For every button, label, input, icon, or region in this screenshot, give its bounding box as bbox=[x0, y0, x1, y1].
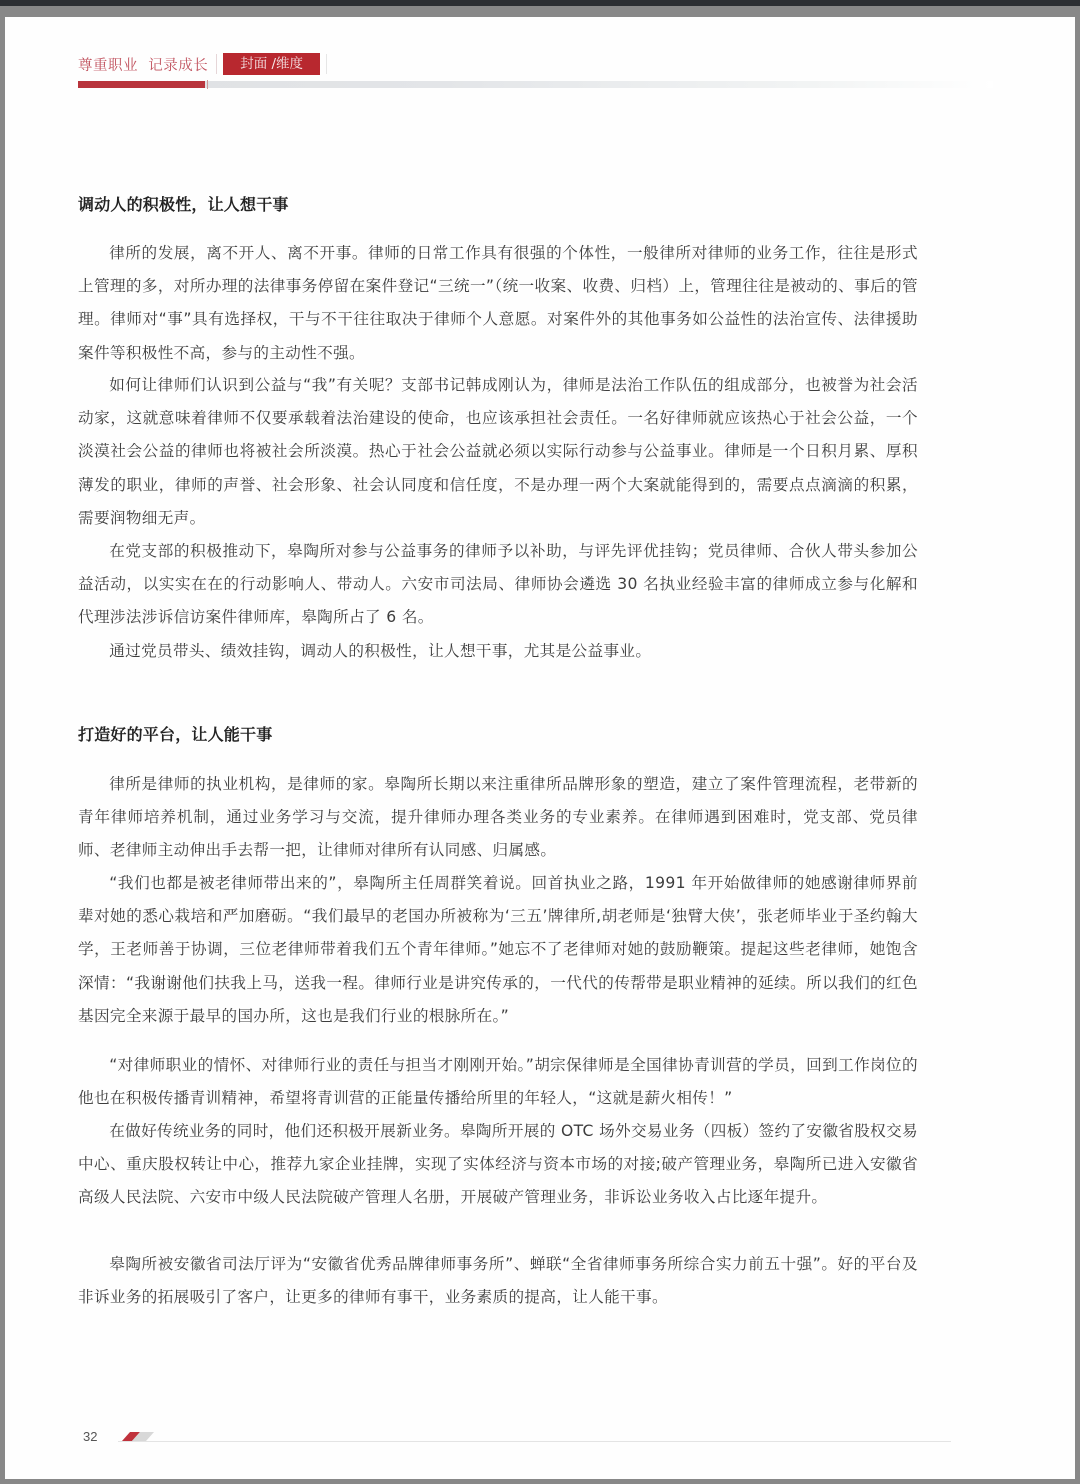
paragraph: 在做好传统业务的同时，他们还积极开展新业务。皋陶所开展的 OTC 场外交易业务（… bbox=[78, 1115, 918, 1215]
paragraph: 律所是律师的执业机构，是律师的家。皋陶所长期以来注重律所品牌形象的塑造，建立了案… bbox=[78, 768, 918, 868]
paragraph: 在党支部的积极推动下，皋陶所对参与公益事务的律师予以补助，与评先评优挂钩；党员律… bbox=[78, 535, 918, 635]
section-tag: 封面 /维度 bbox=[223, 53, 320, 75]
page-number: 32 bbox=[83, 1429, 97, 1444]
paragraph: 皋陶所被安徽省司法厅评为“安徽省优秀品牌律师事务所”、蝉联“全省律师事务所综合实… bbox=[78, 1248, 918, 1314]
paragraph: 如何让律师们认识到公益与“我”有关呢？支部书记韩成刚认为，律师是法治工作队伍的组… bbox=[78, 369, 918, 535]
paragraph: “我们也都是被老律师带出来的”，皋陶所主任周群笑着说。回首执业之路，1991 年… bbox=[78, 867, 918, 1033]
header-slogan: 尊重职业 记录成长 bbox=[78, 54, 208, 75]
footer-stripe-icon bbox=[118, 1432, 154, 1441]
paragraph: “对律师职业的情怀、对律师行业的责任与担当才刚刚开始。”胡宗保律师是全国律协青训… bbox=[78, 1049, 918, 1115]
header-rule-accent bbox=[78, 81, 205, 88]
page-header: 尊重职业 记录成长 封面 /维度 bbox=[78, 53, 327, 75]
header-divider bbox=[216, 54, 217, 74]
footer-rule bbox=[118, 1441, 951, 1442]
section-heading: 调动人的积极性，让人想干事 bbox=[78, 192, 289, 215]
paragraph: 律所的发展，离不开人、离不开事。律师的日常工作具有很强的个体性，一般律所对律师的… bbox=[78, 237, 918, 370]
section-heading: 打造好的平台，让人能干事 bbox=[78, 722, 272, 745]
header-divider bbox=[326, 54, 327, 74]
viewer-top-bar bbox=[0, 0, 1080, 6]
header-rule bbox=[78, 81, 993, 88]
paragraph: 通过党员带头、绩效挂钩，调动人的积极性，让人想干事，尤其是公益事业。 bbox=[78, 635, 918, 668]
